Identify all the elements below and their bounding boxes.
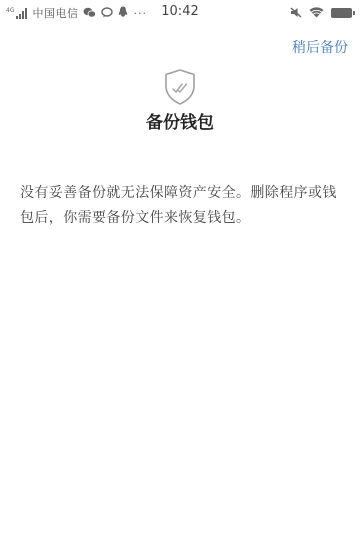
carrier-name: 中国电信 bbox=[32, 5, 78, 21]
status-bar: 4G 中国电信 bbox=[0, 0, 360, 26]
wechat-icon bbox=[83, 7, 96, 20]
qq-penguin-icon bbox=[118, 6, 128, 20]
page-title: 备份钱包 bbox=[0, 108, 360, 133]
battery-icon bbox=[331, 8, 352, 18]
more-notifications-icon: ··· bbox=[133, 7, 147, 20]
backup-wallet-screen: 4G 中国电信 bbox=[0, 0, 360, 533]
signal-strength-icon: 4G bbox=[6, 8, 27, 19]
network-type-label: 4G bbox=[6, 8, 14, 14]
status-left: 4G 中国电信 bbox=[6, 5, 147, 21]
backup-later-button[interactable]: 稍后备份 bbox=[292, 37, 348, 57]
backup-description: 没有妥善备份就无法保障资产安全。删除程序或钱包后，你需要备份文件来恢复钱包。 bbox=[20, 181, 342, 231]
wifi-icon bbox=[309, 7, 324, 20]
message-bubble-icon bbox=[101, 7, 113, 20]
status-right bbox=[290, 5, 352, 21]
mute-icon bbox=[290, 7, 302, 20]
shield-check-icon bbox=[163, 68, 197, 106]
